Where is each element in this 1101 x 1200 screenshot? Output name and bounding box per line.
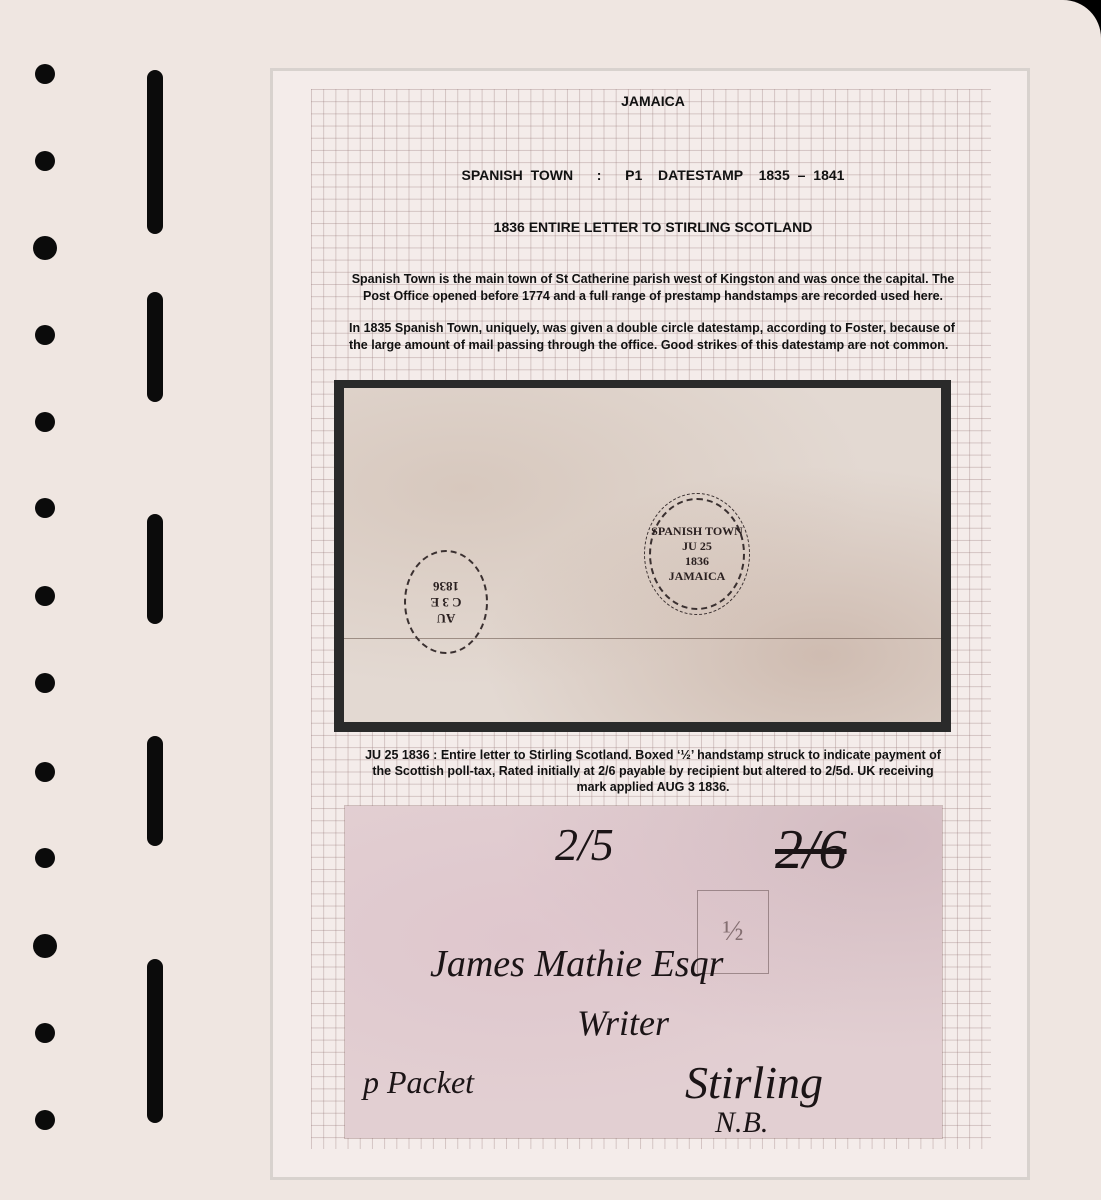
- page-title: JAMAICA: [273, 93, 1033, 109]
- manuscript-rate: 2/5: [555, 818, 614, 871]
- binder-hole: [35, 498, 55, 518]
- binder-slot: [147, 70, 163, 234]
- intro-paragraph-2: In 1835 Spanish Town, uniquely, was give…: [273, 320, 1033, 354]
- binder-hole: [35, 848, 55, 868]
- routing-endorsement: p Packet: [363, 1064, 474, 1101]
- binder-hole: [35, 412, 55, 432]
- binder-hole: [33, 934, 57, 958]
- binder-hole: [35, 762, 55, 782]
- album-page: JAMAICA SPANISH TOWN : P1 DATESTAMP 1835…: [0, 0, 1101, 1200]
- binder-slot: [147, 959, 163, 1123]
- binder-slot: [147, 736, 163, 846]
- binder-hole: [35, 1023, 55, 1043]
- intro-paragraph-1: Spanish Town is the main town of St Cath…: [273, 271, 1033, 305]
- binder-slot: [147, 514, 163, 624]
- uk-receiving-postmark: AU C 3 E 1836: [404, 550, 488, 654]
- binder-hole: [35, 673, 55, 693]
- binder-hole: [35, 151, 55, 171]
- address-line-town: Stirling: [685, 1056, 823, 1109]
- address-line-name: James Mathie Esqr: [430, 942, 723, 986]
- page-subtitle: SPANISH TOWN : P1 DATESTAMP 1835 – 1841: [273, 167, 1033, 183]
- spanish-town-double-circle-datestamp: SPANISH TOWN JU 25 1836 JAMAICA: [649, 498, 745, 610]
- cover-front-image: 2/5 ½ 2/6 James Mathie Esqr Writer Stirl…: [345, 806, 942, 1138]
- binder-hole: [33, 236, 57, 260]
- uk-postmark-text: AU C 3 E 1836: [430, 578, 461, 626]
- cover-reverse-paper: AU C 3 E 1836 SPANISH TOWN JU 25 1836 JA…: [344, 388, 941, 722]
- binder-hole: [35, 586, 55, 606]
- datestamp-outer-ring: [644, 493, 750, 615]
- cover-reverse-image: AU C 3 E 1836 SPANISH TOWN JU 25 1836 JA…: [334, 380, 951, 732]
- binder-hole: [35, 1110, 55, 1130]
- cover-caption: JU 25 1836 : Entire letter to Stirling S…: [273, 747, 1033, 795]
- crossed-out-rate: 2/6: [775, 818, 847, 882]
- address-line-occupation: Writer: [577, 1002, 669, 1044]
- binder-slot: [147, 292, 163, 402]
- address-line-country: N.B.: [715, 1106, 768, 1140]
- binder-hole: [35, 325, 55, 345]
- binder-hole: [35, 64, 55, 84]
- item-heading: 1836 ENTIRE LETTER TO STIRLING SCOTLAND: [273, 219, 1033, 235]
